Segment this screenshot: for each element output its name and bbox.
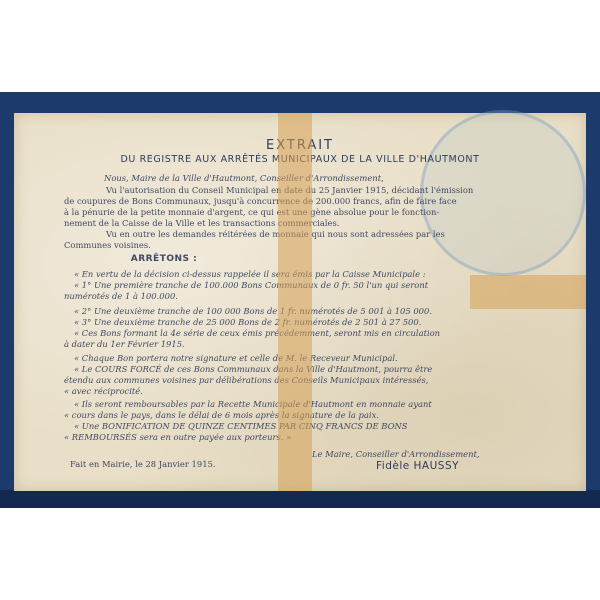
signature-title: Le Maire, Conseiller d'Arrondissement, xyxy=(312,449,480,460)
signature-name: Fidèle HAUSSY xyxy=(376,460,459,472)
preamble-line: de coupures de Bons Communaux, jusqu'à c… xyxy=(64,196,457,207)
article-line: « 2° Une deuxième tranche de 100 000 Bon… xyxy=(74,306,432,317)
article-line: « 3° Une deuxième tranche de 25 000 Bons… xyxy=(74,317,421,328)
article-line: « En vertu de la décision ci-dessus rapp… xyxy=(74,269,426,280)
preamble-line: Vu en outre les demandes réitérées de mo… xyxy=(106,229,445,240)
preamble-line: à la pénurie de la petite monnaie d'arge… xyxy=(64,207,439,218)
article-line: à dater du 1er Février 1915. xyxy=(64,339,185,350)
tape-strip-horizontal xyxy=(470,275,586,309)
article-line: « Le COURS FORCÉ de ces Bons Communaux d… xyxy=(74,364,432,375)
article-line: « REMBOURSÉS sera en outre payée aux por… xyxy=(64,432,291,443)
preamble-line: Communes voisines. xyxy=(64,240,151,251)
article-line: « Ces Bons formant la 4e série de ceux é… xyxy=(74,328,440,339)
article-line: « avec réciprocité. xyxy=(64,386,143,397)
tape-strip-vertical xyxy=(278,113,312,491)
arretons-heading: ARRÊTONS : xyxy=(14,254,314,264)
article-line: « Chaque Bon portera notre signature et … xyxy=(74,353,398,364)
article-line: « Ils seront remboursables par la Recett… xyxy=(74,399,432,410)
article-line: « cours dans le pays, dans le délai de 6… xyxy=(64,410,379,421)
article-line: « Une BONIFICATION DE QUINZE CENTIMES PA… xyxy=(74,421,408,432)
article-line: étendu aux communes voisines par délibér… xyxy=(64,375,428,386)
preamble-line: Nous, Maire de la Ville d'Hautmont, Cons… xyxy=(104,173,384,184)
place-date: Fait en Mairie, le 28 Janvier 1915. xyxy=(70,459,216,470)
article-line: « 1° Une première tranche de 100.000 Bon… xyxy=(74,280,428,291)
article-line: numérotés de 1 à 100.000. xyxy=(64,291,178,302)
